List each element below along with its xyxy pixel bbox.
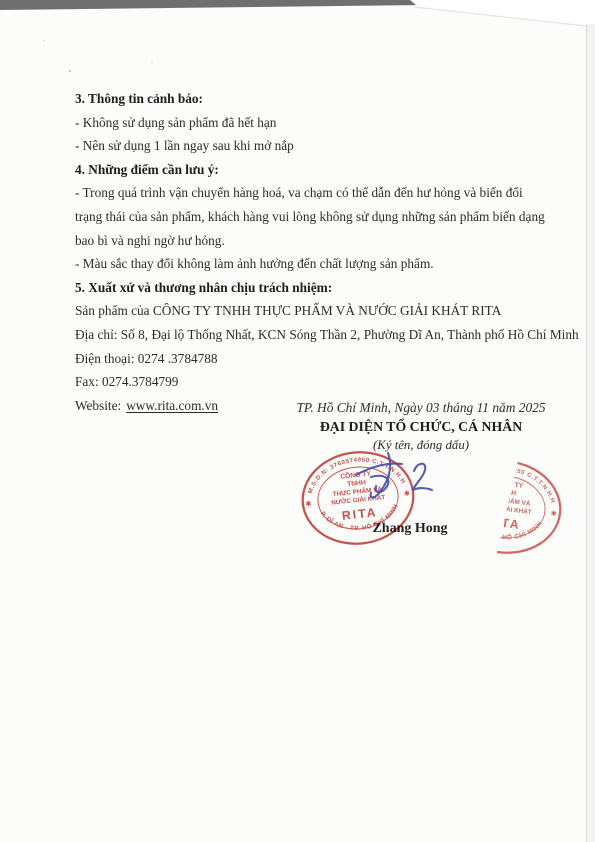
edge-company-stamp: M.S.D.N: 3760574950 C.T.T.N.H.H P. DĨ AN… [436,446,573,568]
section-5-heading: 5. Xuất xứ và thương nhân chịu trách nhi… [75,276,547,300]
scan-speck [43,40,44,41]
section-3-heading: 3. Thông tin cảnh báo: [75,87,547,111]
signature-stroke [413,464,432,490]
stamp-ring-top-text: M.S.D.N: 3760574950 C.T.T.N.H.H [457,461,559,505]
stamp-ring-top-text: M.S.D.N: 3760574950 C.T.T.N.H.H [305,453,407,495]
stamp-outer-ring [444,455,565,559]
stamp-center-line-2: TNHH [347,479,367,488]
scan-speck [151,61,152,62]
sign-instruction: (Ký tên, đóng dấu) [285,436,557,454]
place-date-line: TP. Hồ Chí Minh, Ngày 03 tháng 11 năm 20… [285,398,557,417]
representative-title: ĐẠI DIỆN TỔ CHỨC, CÁ NHÂN [285,417,557,436]
section-4-heading: 4. Những điểm cần lưu ý: [75,158,547,182]
phone-line: Điện thoại: 0274 .3784788 [75,347,547,371]
fax-line: Fax: 0274.3784799 [75,370,547,394]
note-item-2: - Màu sắc thay đổi không làm ảnh hưởng đ… [75,252,547,276]
stamp-center-line-1: CÔNG TY [340,468,372,480]
signer-name: Zhang Hong [330,521,490,537]
stamp-center-line-4: NƯỚC GIẢI KHÁT [331,492,386,507]
note-item-1: - Trong quá trình vận chuyển hàng hoá, v… [75,181,547,252]
stamp-star-right: ✱ [550,509,557,519]
signature-stroke [371,476,388,492]
signature-stroke [371,453,391,498]
scanner-top-right-glare [410,0,595,26]
scanner-top-edge [0,0,437,10]
stamp-center-line-4: NƯỚC GIẢI KHÁT [477,501,532,517]
stamp-star-right: ✱ [403,489,410,499]
document-content: 3. Thông tin cảnh báo: - Không sử dụng s… [75,87,547,417]
page-right-margin-shade [587,24,595,842]
address-line: Địa chỉ: Số 8, Đại lộ Thống Nhất, KCN Só… [75,323,547,347]
website-label: Website: [75,398,121,413]
scanned-document-page: 3. Thông tin cảnh báo: - Không sử dụng s… [0,0,595,842]
warning-item-2: - Nên sử dụng 1 lần ngay sau khi mở nắp [75,134,547,158]
stamp-center-line-1: CÔNG TY [492,477,524,490]
scan-speck [69,70,71,72]
page-top-right-crease [414,7,595,27]
website-link: www.rita.com.vn [126,398,218,413]
signature-stroke [356,464,402,475]
stamp-star-left: ✱ [305,499,312,509]
stamp-center-line-5: RITA [485,514,522,532]
closing-block: TP. Hồ Chí Minh, Ngày 03 tháng 11 năm 20… [285,398,557,454]
stamp-center-line-3: THỰC PHẨM VÀ [481,493,532,508]
producer-line: Sản phẩm của CÔNG TY TNHH THỰC PHẨM VÀ N… [75,299,547,323]
warning-item-1: - Không sử dụng sản phẩm đã hết hạn [75,111,547,135]
stamp-center-line-2: TNHH [497,488,517,497]
handwritten-signature [348,447,454,511]
stamp-center-line-3: THỰC PHẨM VÀ [332,484,383,498]
